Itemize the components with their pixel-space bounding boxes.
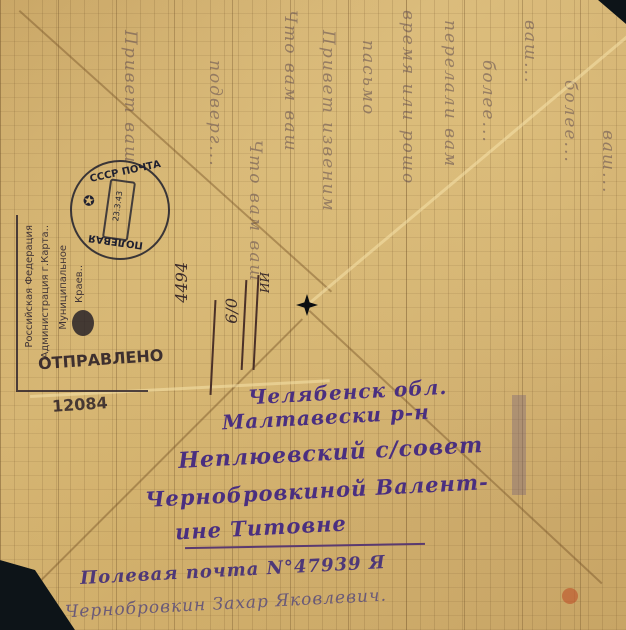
background-text-column: пасьмо [358, 40, 378, 116]
pencil-number: 4494 [172, 262, 191, 303]
background-text-column: Привет извеним [318, 30, 338, 213]
background-text-column: ваш... [520, 20, 540, 84]
pencil-fraction: 6/0 [222, 298, 241, 324]
background-text-column: более... [560, 80, 580, 164]
ink-blot [72, 310, 94, 336]
archive-stamp-label: ОТПРАВЛЕНО [37, 346, 163, 374]
archive-stamp: Российская Федерация Администрация г.Кар… [16, 215, 148, 392]
background-text-column: более... [478, 60, 498, 144]
letter-sheet: Привет ваш подверг... Что вам ваш Что ва… [0, 0, 626, 630]
background-text-column: время или рошо [398, 10, 418, 185]
archive-stamp-line: Российская Федерация [24, 225, 35, 348]
archive-stamp-line: Краев.. [74, 265, 85, 303]
rust-stain [562, 588, 578, 604]
background-text-column: перелали вам [440, 20, 460, 168]
background-text-column: Что вам ваш [280, 10, 300, 153]
archive-stamp-line: Администрация г.Карта.. [40, 225, 51, 358]
ink-smear [512, 395, 526, 495]
background-text-column: ваш... [598, 130, 618, 194]
background-text-column: Что вам ваш [245, 140, 265, 283]
background-text-column: подверг... [205, 60, 225, 168]
archive-stamp-number: 12084 [51, 393, 108, 416]
star-icon: ✪ [82, 193, 96, 210]
background-text-column: Привет ваш [120, 30, 140, 164]
archive-stamp-line: Муниципальное [58, 245, 69, 330]
pencil-code: ИИ [258, 272, 272, 293]
